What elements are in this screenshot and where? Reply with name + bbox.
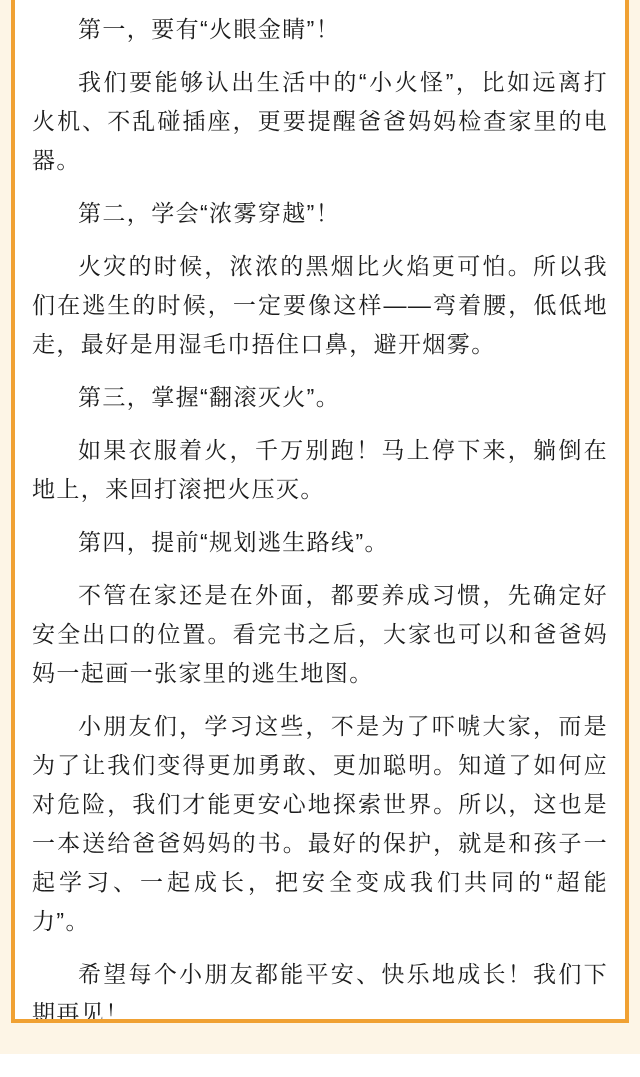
article-section: 第一，要有“火眼金睛”！ 我们要能够认出生活中的“小火怪”，比如远离打火机、不乱… bbox=[0, 0, 640, 1054]
paragraph-body-3: 如果衣服着火，千万别跑！马上停下来，躺倒在地上，来回打滚把火压灭。 bbox=[32, 431, 608, 509]
paragraph-heading-1: 第一，要有“火眼金睛”！ bbox=[32, 10, 608, 49]
paragraph-farewell: 希望每个小朋友都能平安、快乐地成长！我们下期再见！ bbox=[32, 955, 608, 1023]
page-bottom-strip bbox=[0, 1054, 640, 1077]
paragraph-heading-3: 第三，掌握“翻滚灭火”。 bbox=[32, 378, 608, 417]
paragraph-body-4: 不管在家还是在外面，都要养成习惯，先确定好安全出口的位置。看完书之后，大家也可以… bbox=[32, 576, 608, 693]
paragraph-heading-2: 第二，学会“浓雾穿越”！ bbox=[32, 194, 608, 233]
paragraph-heading-4: 第四，提前“规划逃生路线”。 bbox=[32, 523, 608, 562]
article-card: 第一，要有“火眼金睛”！ 我们要能够认出生活中的“小火怪”，比如远离打火机、不乱… bbox=[11, 0, 629, 1023]
paragraph-body-2: 火灾的时候，浓浓的黑烟比火焰更可怕。所以我们在逃生的时候，一定要像这样——弯着腰… bbox=[32, 247, 608, 364]
paragraph-summary: 小朋友们，学习这些，不是为了吓唬大家，而是为了让我们变得更加勇敢、更加聪明。知道… bbox=[32, 707, 608, 941]
paragraph-body-1: 我们要能够认出生活中的“小火怪”，比如远离打火机、不乱碰插座，更要提醒爸爸妈妈检… bbox=[32, 63, 608, 180]
